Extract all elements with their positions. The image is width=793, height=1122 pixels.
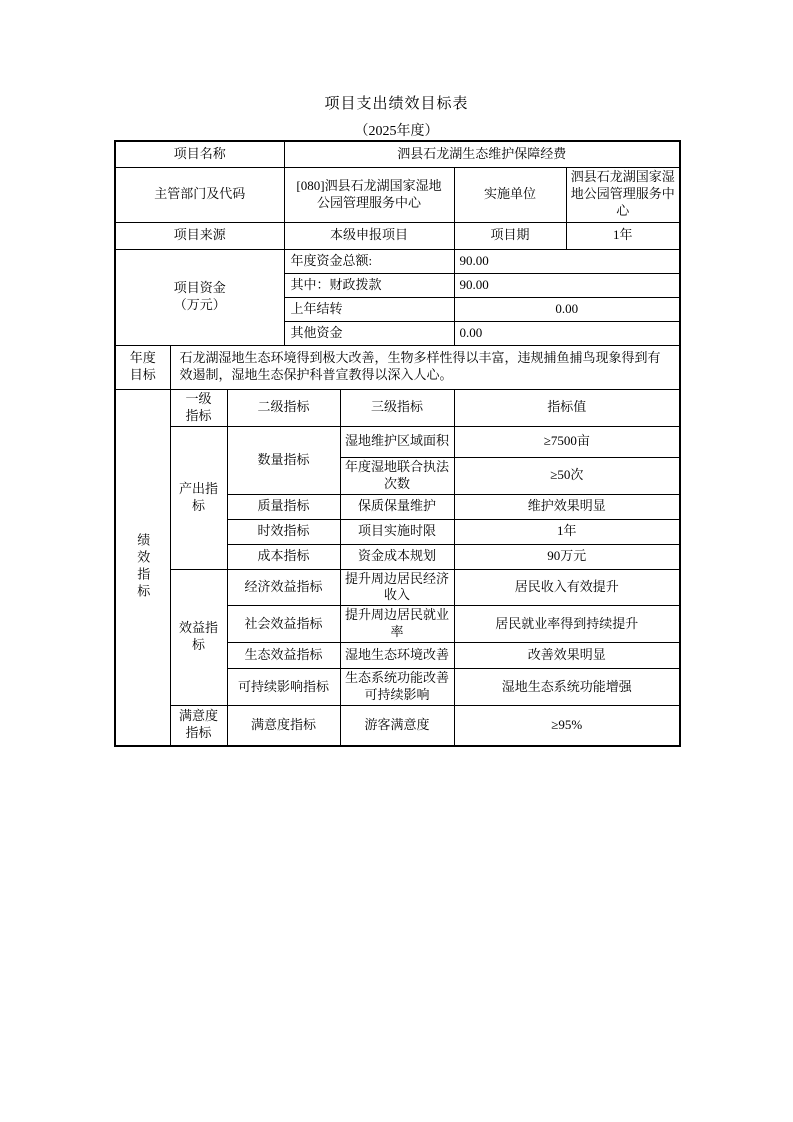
level1-output: 产出指标 — [170, 426, 227, 569]
header-level1-text: 一级指标 — [186, 391, 212, 425]
page-subtitle: （2025年度） — [0, 120, 793, 140]
value-cell: ≥50次 — [454, 457, 680, 494]
performance-target-table: 项目名称 泗县石龙湖生态维护保障经费 主管部门及代码 [080]泗县石龙湖国家湿… — [114, 140, 681, 747]
source-label: 项目来源 — [115, 222, 284, 249]
level3-cell: 年度湿地联合执法次数 — [340, 457, 454, 494]
funds-label: 项目资金 （万元） — [115, 249, 284, 345]
funds-other-value: 0.00 — [454, 321, 680, 345]
level2-timeliness: 时效指标 — [227, 519, 340, 544]
level2-social: 社会效益指标 — [227, 606, 340, 643]
indicator-row: 产出指标 数量指标 湿地维护区域面积 ≥7500亩 — [115, 426, 680, 457]
table-row: 主管部门及代码 [080]泗县石龙湖国家湿地公园管理服务中心 实施单位 泗县石龙… — [115, 167, 680, 222]
level2-economic: 经济效益指标 — [227, 569, 340, 606]
table-row: 年度目标 石龙湖湿地生态环境得到极大改善，生物多样性得以丰富，违规捕鱼捕鸟现象得… — [115, 345, 680, 389]
value-cell: 90万元 — [454, 544, 680, 569]
level2-quality: 质量指标 — [227, 494, 340, 519]
impl-unit-label: 实施单位 — [454, 167, 566, 222]
level3-cell: 生态系统功能改善可持续影响 — [340, 669, 454, 706]
level2-sustainability: 可持续影响指标 — [227, 669, 340, 706]
table-row: 项目来源 本级申报项目 项目期 1年 — [115, 222, 680, 249]
header-value: 指标值 — [454, 389, 680, 426]
level3-cell: 项目实施时限 — [340, 519, 454, 544]
funds-other-label: 其他资金 — [284, 321, 454, 345]
funds-total-label: 年度资金总额: — [284, 249, 454, 273]
funds-row: 项目资金 （万元） 年度资金总额: 90.00 — [115, 249, 680, 273]
level3-cell: 提升周边居民就业率 — [340, 606, 454, 643]
level3-cell: 保质保量维护 — [340, 494, 454, 519]
performance-side-label: 绩效指标 — [115, 389, 170, 746]
value-cell: 维护效果明显 — [454, 494, 680, 519]
funds-carryover-value: 0.00 — [454, 297, 680, 321]
value-cell: 改善效果明显 — [454, 643, 680, 669]
annual-goal-text: 石龙湖湿地生态环境得到极大改善，生物多样性得以丰富，违规捕鱼捕鸟现象得到有效遏制… — [170, 345, 680, 389]
level3-cell: 湿地维护区域面积 — [340, 426, 454, 457]
value-cell: 湿地生态系统功能增强 — [454, 669, 680, 706]
level2-quantity: 数量指标 — [227, 426, 340, 494]
funds-fiscal-value: 90.00 — [454, 273, 680, 297]
value-cell: 居民就业率得到持续提升 — [454, 606, 680, 643]
document-page: 项目支出绩效目标表 （2025年度） 项目名称 泗县石龙湖生态维护保障经费 主管… — [0, 0, 793, 1122]
performance-side-label-text: 绩效指标 — [136, 533, 149, 601]
project-name-value: 泗县石龙湖生态维护保障经费 — [284, 141, 680, 167]
level3-cell: 湿地生态环境改善 — [340, 643, 454, 669]
period-label: 项目期 — [454, 222, 566, 249]
level2-cost: 成本指标 — [227, 544, 340, 569]
funds-carryover-label: 上年结转 — [284, 297, 454, 321]
level3-cell: 资金成本规划 — [340, 544, 454, 569]
funds-total-value: 90.00 — [454, 249, 680, 273]
table-row: 绩效指标 一级指标 二级指标 三级指标 指标值 — [115, 389, 680, 426]
dept-value: [080]泗县石龙湖国家湿地公园管理服务中心 — [284, 167, 454, 222]
value-cell: 居民收入有效提升 — [454, 569, 680, 606]
annual-goal-label: 年度目标 — [115, 345, 170, 389]
level1-benefit: 效益指标 — [170, 569, 227, 706]
dept-label: 主管部门及代码 — [115, 167, 284, 222]
level3-cell: 游客满意度 — [340, 706, 454, 746]
project-name-label: 项目名称 — [115, 141, 284, 167]
period-value: 1年 — [566, 222, 680, 249]
funds-label-line2: （万元） — [118, 297, 282, 314]
level2-satisfaction: 满意度指标 — [227, 706, 340, 746]
annual-goal-label-text: 年度目标 — [130, 350, 156, 384]
level2-ecological: 生态效益指标 — [227, 643, 340, 669]
funds-label-line1: 项目资金 — [118, 280, 282, 297]
value-cell: ≥95% — [454, 706, 680, 746]
level3-cell: 提升周边居民经济收入 — [340, 569, 454, 606]
funds-fiscal-label: 其中：财政拨款 — [284, 273, 454, 297]
indicator-row: 效益指标 经济效益指标 提升周边居民经济收入 居民收入有效提升 — [115, 569, 680, 606]
impl-unit-value: 泗县石龙湖国家湿地公园管理服务中心 — [566, 167, 680, 222]
header-level2: 二级指标 — [227, 389, 340, 426]
indicator-row: 满意度指标 满意度指标 游客满意度 ≥95% — [115, 706, 680, 746]
table-row: 项目名称 泗县石龙湖生态维护保障经费 — [115, 141, 680, 167]
value-cell: 1年 — [454, 519, 680, 544]
header-level1: 一级指标 — [170, 389, 227, 426]
page-title: 项目支出绩效目标表 — [0, 92, 793, 113]
level1-satisfaction: 满意度指标 — [170, 706, 227, 746]
header-level3: 三级指标 — [340, 389, 454, 426]
value-cell: ≥7500亩 — [454, 426, 680, 457]
source-value: 本级申报项目 — [284, 222, 454, 249]
